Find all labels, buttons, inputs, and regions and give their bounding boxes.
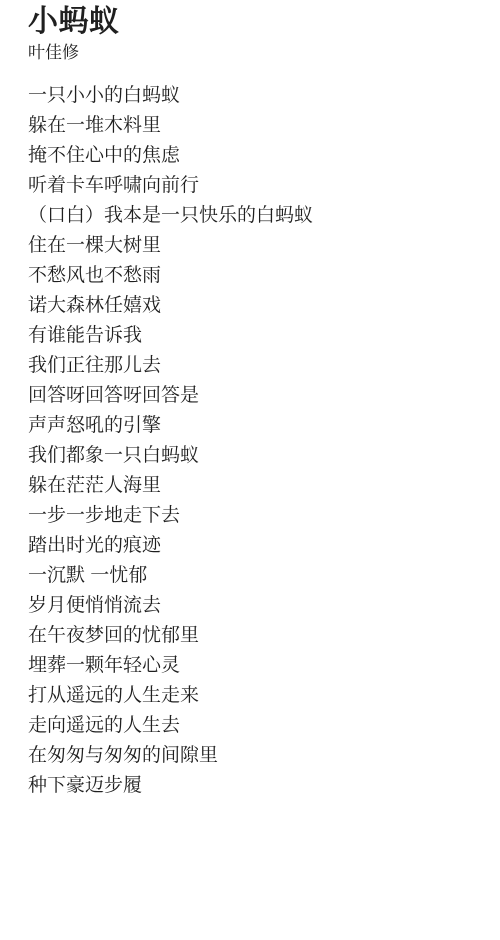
lyric-line: 在午夜梦回的忧郁里 <box>28 621 472 651</box>
lyric-line: 岁月便悄悄流去 <box>28 591 472 621</box>
lyric-line: 一只小小的白蚂蚁 <box>28 81 472 111</box>
lyric-line: 听着卡车呼啸向前行 <box>28 171 472 201</box>
lyrics-page: 小蚂蚁 叶佳修 一只小小的白蚂蚁躲在一堆木料里掩不住心中的焦虑听着卡车呼啸向前行… <box>0 0 500 801</box>
lyric-line: 我们正往那儿去 <box>28 351 472 381</box>
lyrics-body: 一只小小的白蚂蚁躲在一堆木料里掩不住心中的焦虑听着卡车呼啸向前行（口白）我本是一… <box>28 81 472 801</box>
lyric-line: （口白）我本是一只快乐的白蚂蚁 <box>28 201 472 231</box>
lyric-line: 一步一步地走下去 <box>28 501 472 531</box>
lyric-line: 躲在一堆木料里 <box>28 111 472 141</box>
lyric-line: 在匆匆与匆匆的间隙里 <box>28 741 472 771</box>
lyric-line: 打从遥远的人生走来 <box>28 681 472 711</box>
lyric-line: 回答呀回答呀回答是 <box>28 381 472 411</box>
lyric-line: 一沉默 一忧郁 <box>28 561 472 591</box>
lyric-line: 走向遥远的人生去 <box>28 711 472 741</box>
lyric-line: 住在一棵大树里 <box>28 231 472 261</box>
lyric-line: 踏出时光的痕迹 <box>28 531 472 561</box>
lyric-line: 躲在茫茫人海里 <box>28 471 472 501</box>
lyric-line: 埋葬一颗年轻心灵 <box>28 651 472 681</box>
lyric-line: 我们都象一只白蚂蚁 <box>28 441 472 471</box>
lyric-line: 掩不住心中的焦虑 <box>28 141 472 171</box>
lyric-line: 诺大森林任嬉戏 <box>28 291 472 321</box>
artist-name: 叶佳修 <box>28 41 472 65</box>
lyric-line: 不愁风也不愁雨 <box>28 261 472 291</box>
lyric-line: 种下豪迈步履 <box>28 771 472 801</box>
lyric-line: 有谁能告诉我 <box>28 321 472 351</box>
song-title: 小蚂蚁 <box>28 5 472 39</box>
lyric-line: 声声怒吼的引擎 <box>28 411 472 441</box>
